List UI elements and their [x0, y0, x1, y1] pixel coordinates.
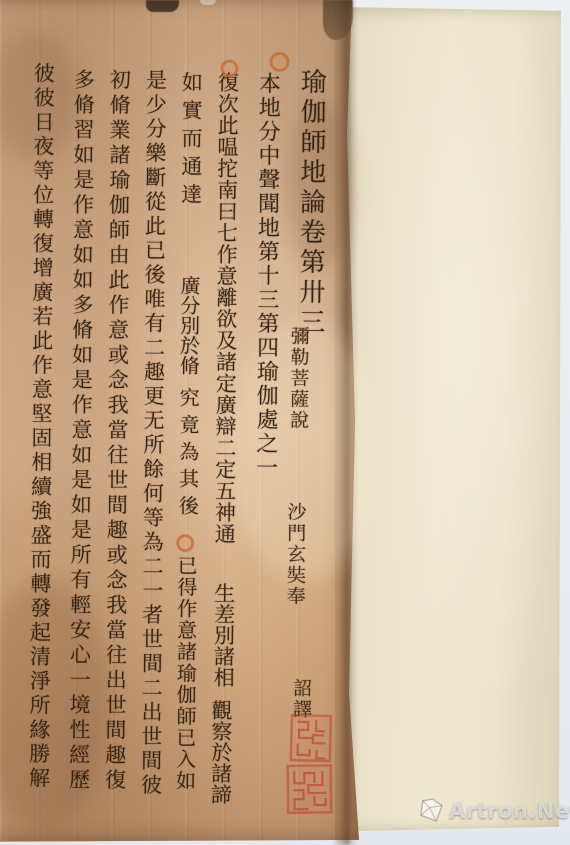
attribution-translator: 沙門玄奘奉 [285, 502, 305, 607]
vermilion-ring-icon [269, 52, 289, 72]
body-column-2-seg-4: 已得作意諸瑜伽師已入如 [174, 555, 196, 792]
body-column-2-seg-1: 如實而通達 [180, 71, 202, 211]
collector-seal-upper [289, 714, 332, 767]
body-column-1-seg-1: 復次此嗢拕南曰七作意離欲及諸定廣辯二定五神通 [213, 71, 237, 544]
body-column-2-seg-2: 廣分別於脩 [178, 275, 199, 375]
vermilion-ring-icon [176, 534, 194, 552]
manuscript-photo: 瑜伽師地論卷第卅三 本地分中聲聞地第十三第四瑜伽處之一 彌勒菩薩說 沙門玄奘奉 … [0, 0, 570, 845]
body-column-2-seg-3: 究竟為其後 [177, 387, 198, 522]
watermark: Artron.Net [417, 798, 570, 823]
text-layer: 瑜伽師地論卷第卅三 本地分中聲聞地第十三第四瑜伽處之一 彌勒菩薩說 沙門玄奘奉 … [0, 0, 570, 845]
artron-gem-icon [417, 798, 444, 823]
body-column-3: 是少分樂斷從此已後唯有二趣更无所餘何等為二一者世間二出世間彼 [139, 69, 165, 798]
body-column-1-seg-2: 生差別諸相 [212, 582, 234, 687]
vermilion-ring-icon [220, 59, 238, 77]
title-column: 瑜伽師地論卷第卅三 [297, 68, 325, 338]
watermark-label: Artron.Net [449, 799, 570, 823]
body-column-1-seg-3: 觀察於諸諦 [209, 699, 231, 804]
chapter-column: 本地分中聲聞地第十三第四瑜伽處之一 [254, 72, 279, 480]
body-column-4: 初脩業諸瑜伽師由此作意或念我當往世間趣或念我當往出世間趣復 [103, 69, 129, 794]
body-column-6: 彼彼日夜等位轉復增廣若此作意堅固相續強盛而轉發起清淨所緣勝解 [27, 62, 53, 791]
attribution-author: 彌勒菩薩說 [288, 326, 308, 431]
collector-seal-lower [286, 764, 333, 818]
body-column-5: 多脩習如是作意如如多脩如是作意如是如是所有輕安心一境性經歷 [67, 68, 93, 793]
